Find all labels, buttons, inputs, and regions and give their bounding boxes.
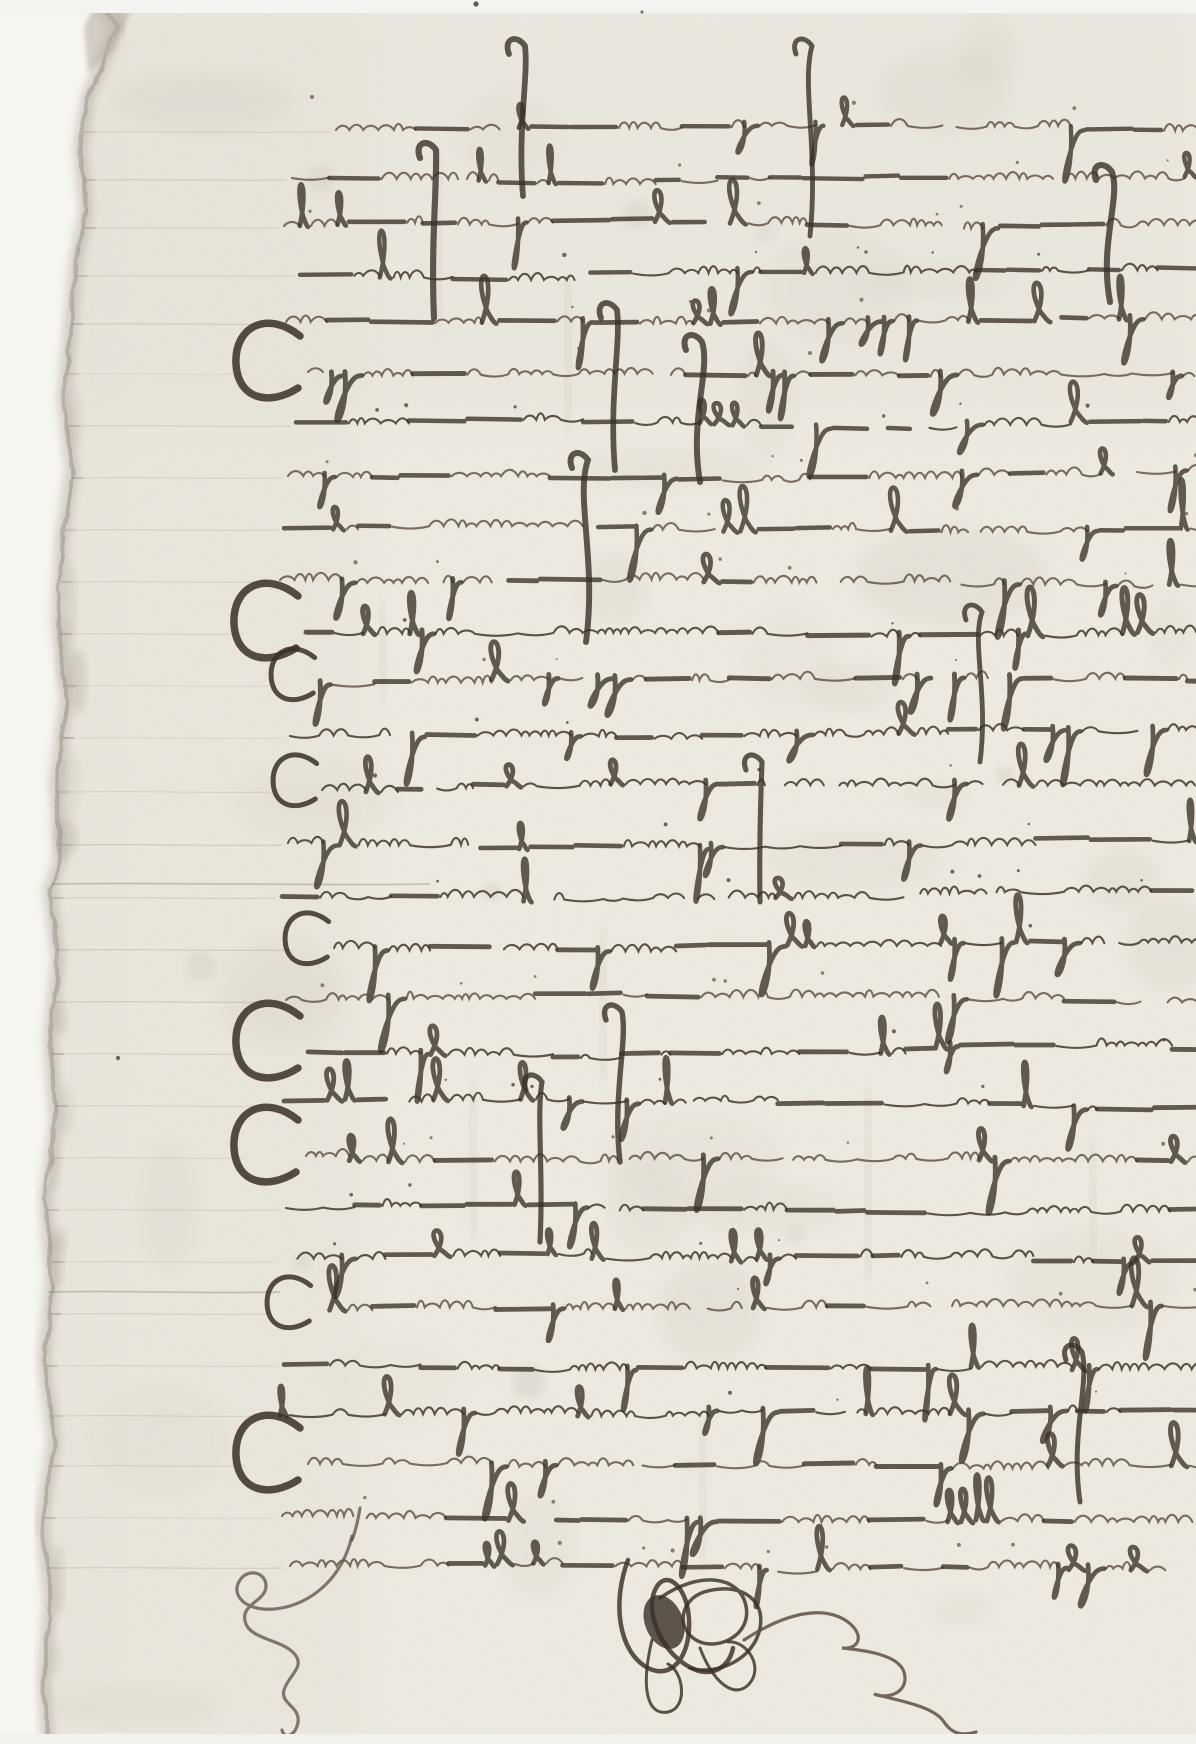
ink-speck xyxy=(310,95,314,99)
ink-speck xyxy=(640,10,643,13)
scan-strip-top xyxy=(0,0,1196,13)
ink-speck xyxy=(473,1,478,6)
ink-speck xyxy=(864,250,868,254)
manuscript-scan-canvas xyxy=(0,0,1196,1744)
manuscript-page xyxy=(0,0,1196,1744)
ink-speck xyxy=(116,1056,120,1060)
paper-texture xyxy=(0,0,1196,1744)
scan-strip-bottom xyxy=(0,1734,1196,1744)
